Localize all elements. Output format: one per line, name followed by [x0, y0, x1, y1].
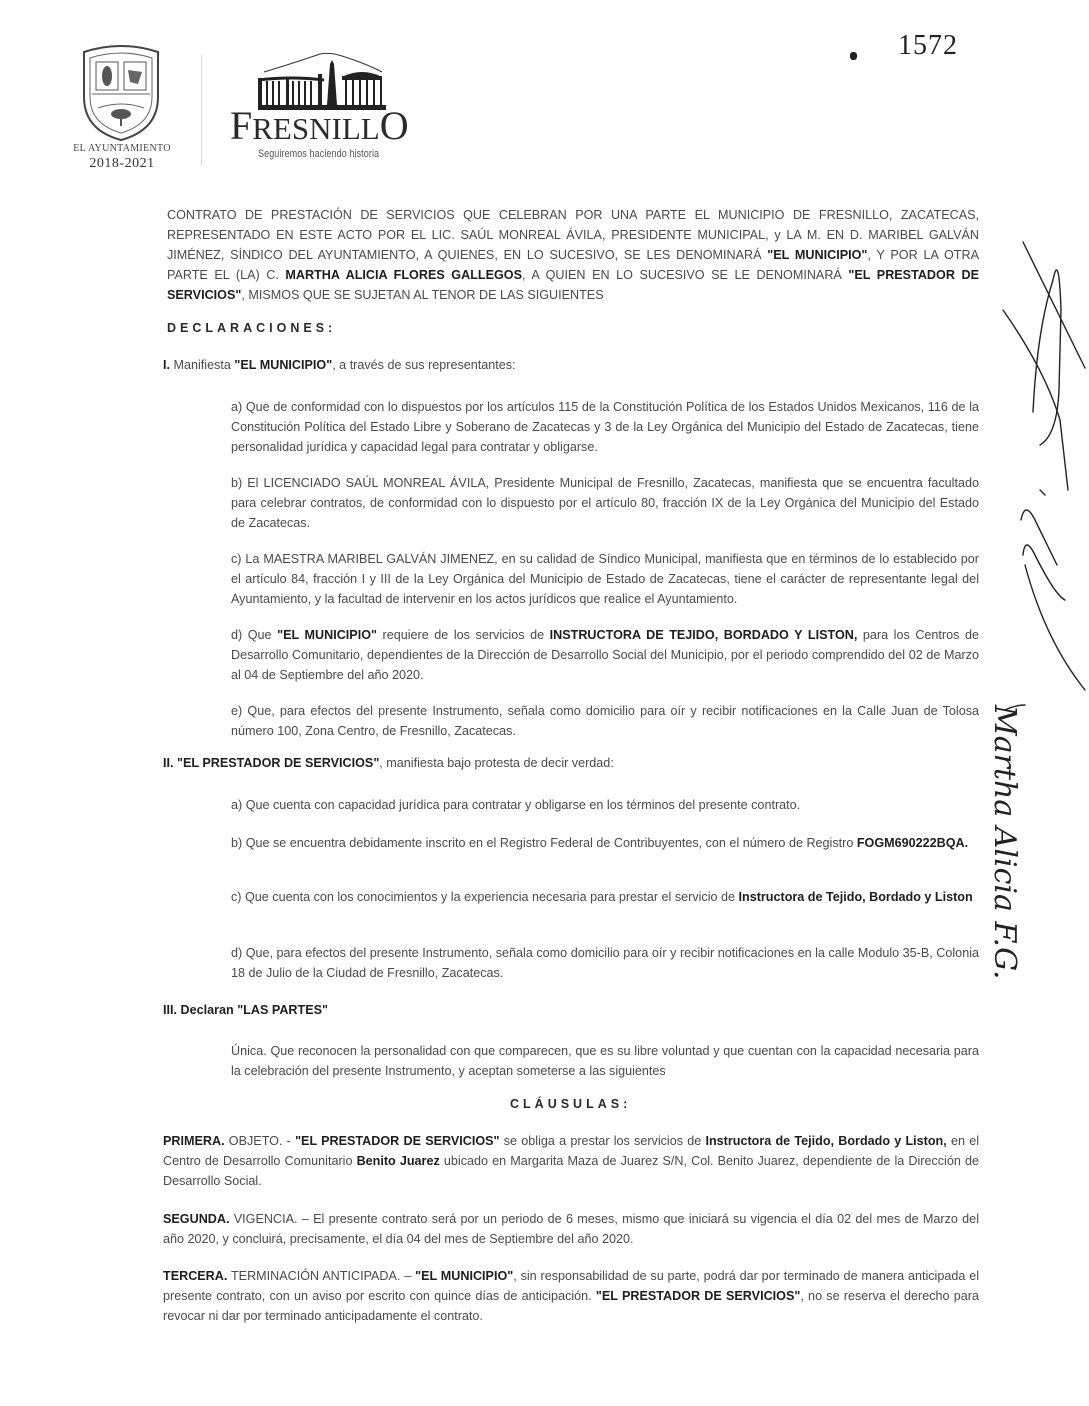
page-number: 1572 — [898, 30, 958, 62]
declaration-2d: d) Que, para efectos del presente Instru… — [231, 943, 979, 983]
clausulas-heading: CLÁUSULAS: — [510, 1097, 631, 1111]
contractor-name: MARTHA ALICIA FLORES GALLEGOS — [285, 268, 522, 282]
declaration-1b: b) El LICENCIADO SAÚL MONREAL ÁVILA, Pre… — [231, 473, 979, 533]
declaration-1e: e) Que, para efectos del presente Instru… — [231, 701, 979, 741]
brand-final: O — [380, 103, 409, 148]
clause-text: se obliga a prestar los servicios de — [500, 1134, 706, 1148]
stamp-mark — [850, 52, 857, 60]
declaration-2b: b) Que se encuentra debidamente inscrito… — [231, 833, 979, 853]
center-name: Benito Juarez — [357, 1154, 440, 1168]
declaration-1d: d) Que "EL MUNICIPIO" requiere de los se… — [231, 625, 979, 685]
party-prestador: "EL PRESTADOR DE SERVICIOS" — [174, 756, 380, 770]
declaration-1c: c) La MAESTRA MARIBEL GALVÁN JIMENEZ, en… — [231, 549, 979, 609]
brand-tagline: Seguiremos haciendo historia — [258, 148, 379, 160]
brand-wordmark: FRESNILLO — [230, 104, 409, 151]
brand-initial: F — [230, 103, 252, 148]
section-1-heading: I. Manifiesta "EL MUNICIPIO", a través d… — [163, 358, 516, 372]
intro-text: , MISMOS QUE SE SUJETAN AL TENOR DE LAS … — [241, 288, 603, 302]
clause-tercera: TERCERA. TERMINACIÓN ANTICIPADA. – "EL M… — [163, 1266, 979, 1326]
clause-text: OBJETO. - — [225, 1134, 296, 1148]
service-title: INSTRUCTORA DE TEJIDO, BORDADO Y LISTON, — [550, 628, 858, 642]
clause-label: SEGUNDA. — [163, 1212, 229, 1226]
party-municipio: "EL MUNICIPIO" — [415, 1269, 513, 1283]
municipal-seal-icon — [78, 42, 164, 142]
party-prestador: "EL PRESTADOR DE SERVICIOS" — [596, 1289, 800, 1303]
section-3-heading: III. Declaran "LAS PARTES" — [163, 1003, 328, 1017]
service-title: Instructora de Tejido, Bordado y Liston, — [705, 1134, 946, 1148]
section-text: , a través de sus representantes: — [332, 358, 515, 372]
section-text: , manifiesta bajo protesta de decir verd… — [379, 756, 614, 770]
item-text: c) Que cuenta con los conocimientos y la… — [231, 890, 739, 904]
fresnillo-skyline-logo-icon — [252, 50, 392, 112]
declaration-2c: c) Que cuenta con los conocimientos y la… — [231, 887, 979, 907]
section-number: III. — [163, 1003, 177, 1017]
handwritten-signature-icon: Martha Alicia F.G. — [985, 220, 1089, 1000]
rfc-number: FOGM690222BQA. — [857, 836, 968, 850]
party-municipio: "EL MUNICIPIO" — [277, 628, 377, 642]
section-2-heading: II. "EL PRESTADOR DE SERVICIOS", manifie… — [163, 756, 614, 770]
clause-segunda: SEGUNDA. VIGENCIA. – El presente contrat… — [163, 1209, 979, 1249]
brand-middle: RESNILL — [252, 111, 379, 146]
declaration-2a: a) Que cuenta con capacidad jurídica par… — [231, 795, 979, 815]
declaraciones-heading: DECLARACIONES: — [167, 321, 336, 335]
clause-primera: PRIMERA. OBJETO. - "EL PRESTADOR DE SERV… — [163, 1131, 979, 1191]
seal-caption: EL AYUNTAMIENTO — [60, 143, 184, 154]
service-title: Instructora de Tejido, Bordado y Liston — [739, 890, 973, 904]
section-number: I. — [163, 358, 170, 372]
declaration-unica: Única. Que reconocen la personalidad con… — [231, 1041, 979, 1081]
contract-intro: CONTRATO DE PRESTACIÓN DE SERVICIOS QUE … — [167, 205, 979, 305]
party-las-partes: Declaran "LAS PARTES" — [177, 1003, 328, 1017]
clause-label: TERCERA. — [163, 1269, 227, 1283]
clause-text: TERMINACIÓN ANTICIPADA. – — [227, 1269, 415, 1283]
item-text: d) Que — [231, 628, 277, 642]
clause-text: VIGENCIA. – El presente contrato será po… — [163, 1212, 979, 1246]
section-number: II. — [163, 756, 174, 770]
section-text: Manifiesta — [170, 358, 234, 372]
item-text: b) Que se encuentra debidamente inscrito… — [231, 836, 857, 850]
handwritten-name: Martha Alicia F.G. — [987, 704, 1022, 980]
intro-text: , A QUIEN EN LO SUCESIVO SE LE DENOMINAR… — [522, 268, 848, 282]
administration-years: 2018-2021 — [60, 156, 184, 172]
party-prestador: "EL PRESTADOR DE SERVICIOS" — [295, 1134, 499, 1148]
item-text: requiere de los servicios de — [377, 628, 550, 642]
declaration-1a: a) Que de conformidad con lo dispuestos … — [231, 397, 979, 457]
header-divider — [201, 55, 202, 165]
clause-label: PRIMERA. — [163, 1134, 225, 1148]
party-municipio: "EL MUNICIPIO" — [234, 358, 332, 372]
party-municipio: "EL MUNICIPIO" — [767, 248, 867, 262]
